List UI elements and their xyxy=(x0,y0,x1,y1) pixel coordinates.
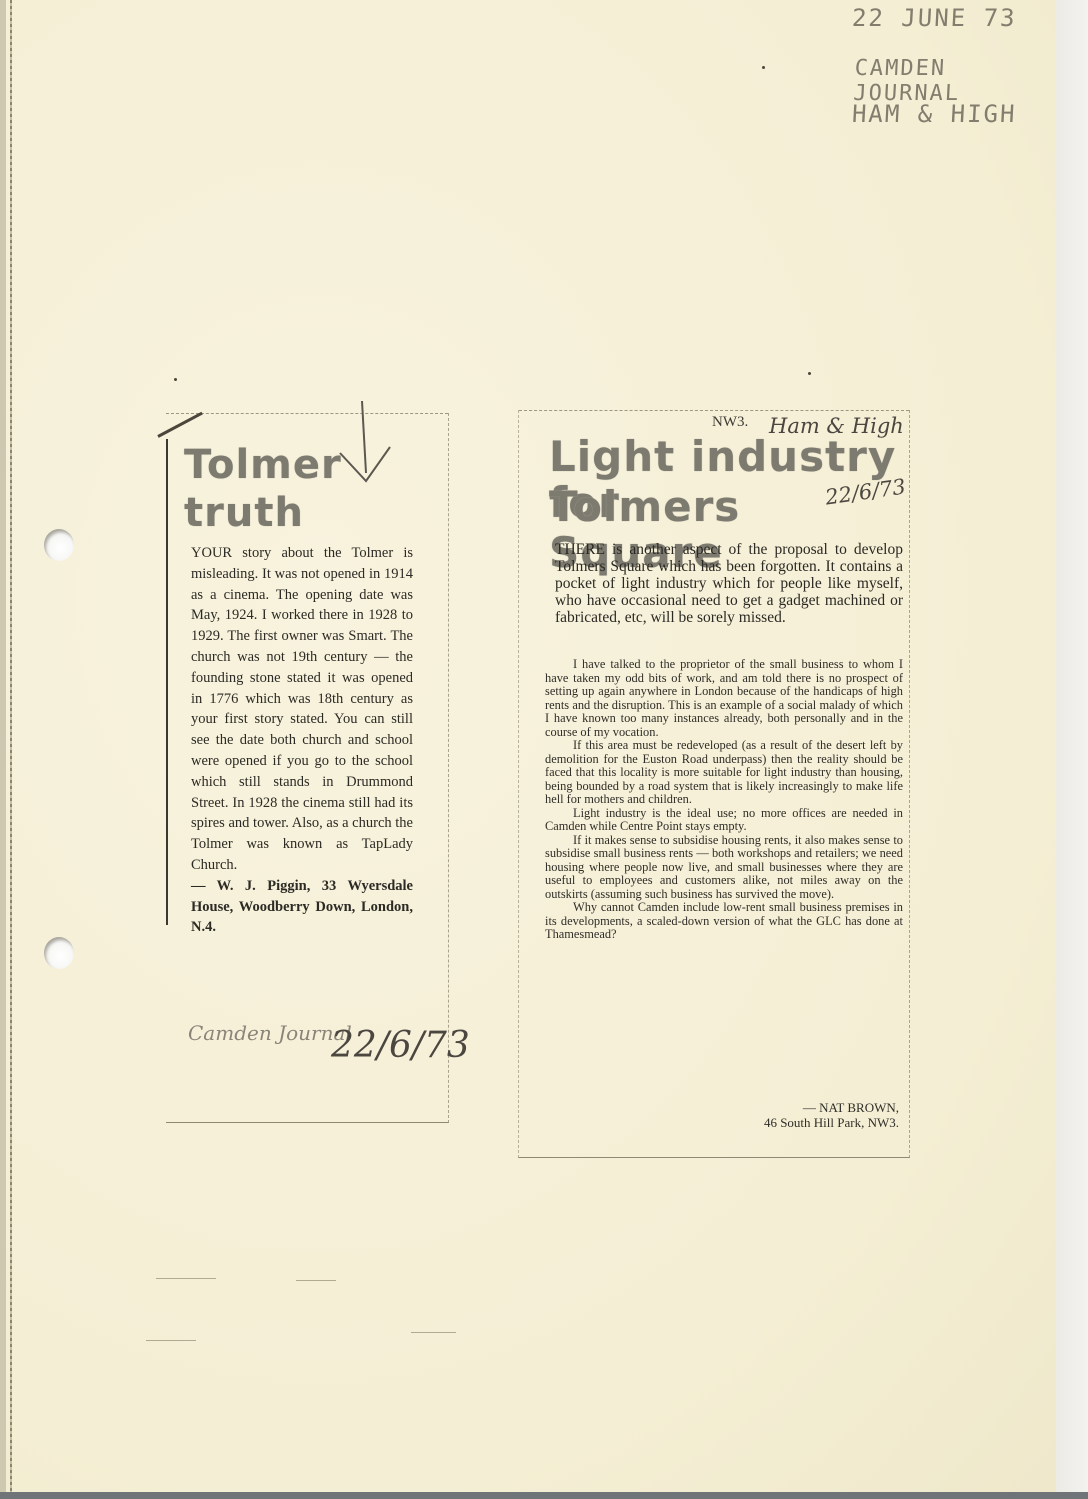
letter-paragraph: If it makes sense to subsidise housing r… xyxy=(545,834,903,902)
handwritten-date: 22/6/73 xyxy=(331,1025,470,1066)
stray-mark xyxy=(146,1340,196,1341)
letter-paragraph: I have talked to the proprietor of the s… xyxy=(545,658,903,739)
handwritten-source: Camden Journal xyxy=(188,1021,352,1045)
binding-edge xyxy=(10,0,12,1492)
letter-signature: — W. J. Piggin, 33 Wyersdale House, Wood… xyxy=(191,876,413,938)
annotation-date: 22 JUNE 73 xyxy=(851,4,1017,32)
letter-body: I have talked to the proprietor of the s… xyxy=(545,658,903,942)
clipping-tolmer-truth: Tolmer truth YOUR story about the Tolmer… xyxy=(166,413,449,1123)
signature-name: — NAT BROWN, xyxy=(764,1100,899,1115)
scan-background xyxy=(1056,0,1088,1499)
headline-line-1: Tolmer xyxy=(184,443,342,487)
clip-edge xyxy=(166,413,448,415)
clip-margin-line xyxy=(166,439,168,925)
punch-hole-bottom xyxy=(44,937,74,969)
letter-paragraph: Light industry is the ideal use; no more… xyxy=(545,807,903,834)
pen-mark xyxy=(157,412,203,438)
stray-mark xyxy=(411,1332,456,1333)
letter-text: YOUR story about the Tolmer is misleadin… xyxy=(191,543,413,876)
letter-paragraph: Why cannot Camden include low-rent small… xyxy=(545,901,903,942)
annotation-source-2: HAM & HIGH xyxy=(851,100,1017,128)
letter-body: YOUR story about the Tolmer is misleadin… xyxy=(191,543,413,938)
signature-address: 46 South Hill Park, NW3. xyxy=(764,1115,899,1130)
archive-page: 22 JUNE 73 CAMDEN JOURNAL HAM & HIGH Tol… xyxy=(0,0,1056,1492)
scan-bottom-edge xyxy=(0,1492,1088,1499)
letter-signature: — NAT BROWN, 46 South Hill Park, NW3. xyxy=(764,1100,899,1130)
speck xyxy=(174,378,177,381)
clip-edge xyxy=(519,410,909,412)
lede-paragraph: THERE is another aspect of the proposal … xyxy=(555,542,903,627)
headline-line-2: truth xyxy=(184,491,304,535)
letter-paragraph: If this area must be redeveloped (as a r… xyxy=(545,739,903,807)
dateline: NW3. xyxy=(712,414,748,431)
speck xyxy=(762,66,765,69)
punch-hole-top xyxy=(44,529,74,561)
stray-mark xyxy=(156,1278,216,1279)
speck xyxy=(808,372,811,375)
annotation-source-1: CAMDEN JOURNAL xyxy=(853,56,1058,106)
stray-mark xyxy=(296,1280,336,1281)
clipping-light-industry: NW3. Ham & High 22/6/73 Light industry f… xyxy=(518,410,910,1158)
